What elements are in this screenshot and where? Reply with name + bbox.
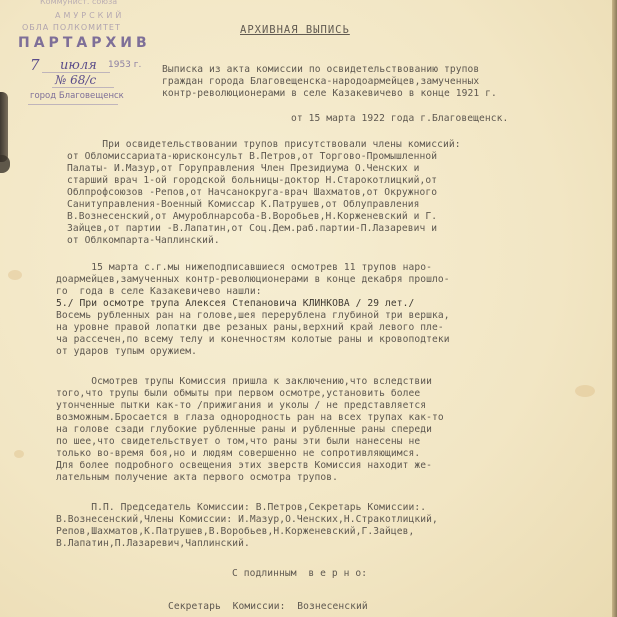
text-line: доармейцев,замученных контр-революционер…: [56, 274, 450, 286]
text-line: от ударов тупым оружием.: [56, 346, 197, 358]
text-line: Осмотрев трупы Комиссия пришла к заключе…: [56, 376, 432, 388]
stamp-rule: [28, 104, 118, 105]
text-line: утонченные пытки как-то /прижигания и ук…: [56, 400, 426, 412]
text-line: на голове сзади глубокие рубленные раны …: [56, 424, 432, 436]
text-line: только во-время боя,но и людям совершенн…: [56, 448, 420, 460]
binding-hole-mark: [0, 92, 8, 162]
text-line: 15 марта с.г.мы нижеподписавшиеся осмотр…: [56, 262, 432, 274]
paper-stain: [575, 385, 595, 397]
text-line: го года в селе Казакевичево нашли:: [56, 286, 262, 298]
paper-stain: [14, 450, 24, 458]
heading-line: граждан города Благовещенска-народоармей…: [162, 76, 479, 88]
stamp-number: № 68/с: [55, 73, 96, 87]
text-line: по шее,что свидетельствует о том,что ран…: [56, 436, 420, 448]
text-line: на уровне правой лопатки две резаных ран…: [56, 322, 444, 334]
text-line: возможным.Бросается в глаза однородность…: [56, 412, 444, 424]
document-title: АРХИВНАЯ ВЫПИСЬ: [240, 24, 350, 36]
heading-line: контр-революционерами в селе Казакевичев…: [162, 88, 497, 100]
stamp-date-year: 1953 г.: [108, 60, 141, 70]
text-line: При освидетельствовании трупов присутств…: [67, 139, 461, 151]
text-line: от Облкомпарта-Чаплинский.: [67, 235, 220, 247]
certification-line: С подлинным в е р н о:: [232, 568, 367, 580]
text-line: Палаты- И.Мазур,от Горуправления Член Пр…: [67, 163, 420, 175]
text-line: Санитуправления-Военный Комиссар К.Патру…: [67, 199, 420, 211]
text-line: лательным получение акта первого осмотра…: [56, 472, 338, 484]
stamp-rule: [42, 72, 110, 73]
stamp-date-month: июля: [60, 58, 97, 73]
text-line: Восемь рубленных ран на голове,шея перер…: [56, 310, 450, 322]
stamp-region: АМУРСКИЙ: [55, 11, 124, 20]
stamp-city: город Благовещенск: [30, 91, 124, 101]
text-line: Облпрофсоюзов -Репов,от Начсанокруга-вра…: [67, 187, 437, 199]
text-line: Для более подробного освещения этих звер…: [56, 460, 432, 472]
text-line: В.Вознесенский,от Амуроблнарсоба-В.Вороб…: [67, 211, 437, 223]
text-line: Репов,Шахматов,К.Патрушев,В.Воробьев,Н.К…: [56, 526, 414, 538]
text-line: Зайцев,от партии -В.Лапатин,от Соц.Дем.р…: [67, 223, 437, 235]
stamp-rule: [52, 87, 114, 88]
stamp-date-day: 7: [30, 56, 40, 74]
stamp-committee: ОБЛА ПОЛКОМИТЕТ: [22, 23, 121, 32]
stamp-archive-name: ПАРТАРХИВ: [18, 35, 151, 51]
heading-line: Выписка из акта комиссии по освидетельст…: [162, 64, 479, 76]
document-date-line: от 15 марта 1922 года г.Благовещенск.: [291, 113, 508, 125]
text-line: от Обломиссариата-юрисконсульт В.Петров,…: [67, 151, 437, 163]
text-line: В.Лапатин,П.Лазаревич,Чаплинский.: [56, 538, 250, 550]
text-line: В.Вознесенский,Члены Комиссии: И.Мазур,О…: [56, 514, 438, 526]
text-line: ча рассечен,по всему телу и конечностям …: [56, 334, 450, 346]
page-edge: [612, 0, 617, 617]
secretary-signature: Секретарь Комиссии: Вознесенский: [168, 601, 368, 613]
stamp-top-line: Коммунист. союза: [40, 0, 117, 6]
text-line: старший врач 1-ой городской больницы-док…: [67, 175, 437, 187]
text-line: того,что трупы были обмыты при первом ос…: [56, 388, 420, 400]
text-line: П.П. Председатель Комиссии: В.Петров,Сек…: [56, 502, 426, 514]
text-line: 5./ При осмотре трупа Алексея Степанович…: [56, 298, 414, 310]
paper-stain: [8, 270, 22, 280]
